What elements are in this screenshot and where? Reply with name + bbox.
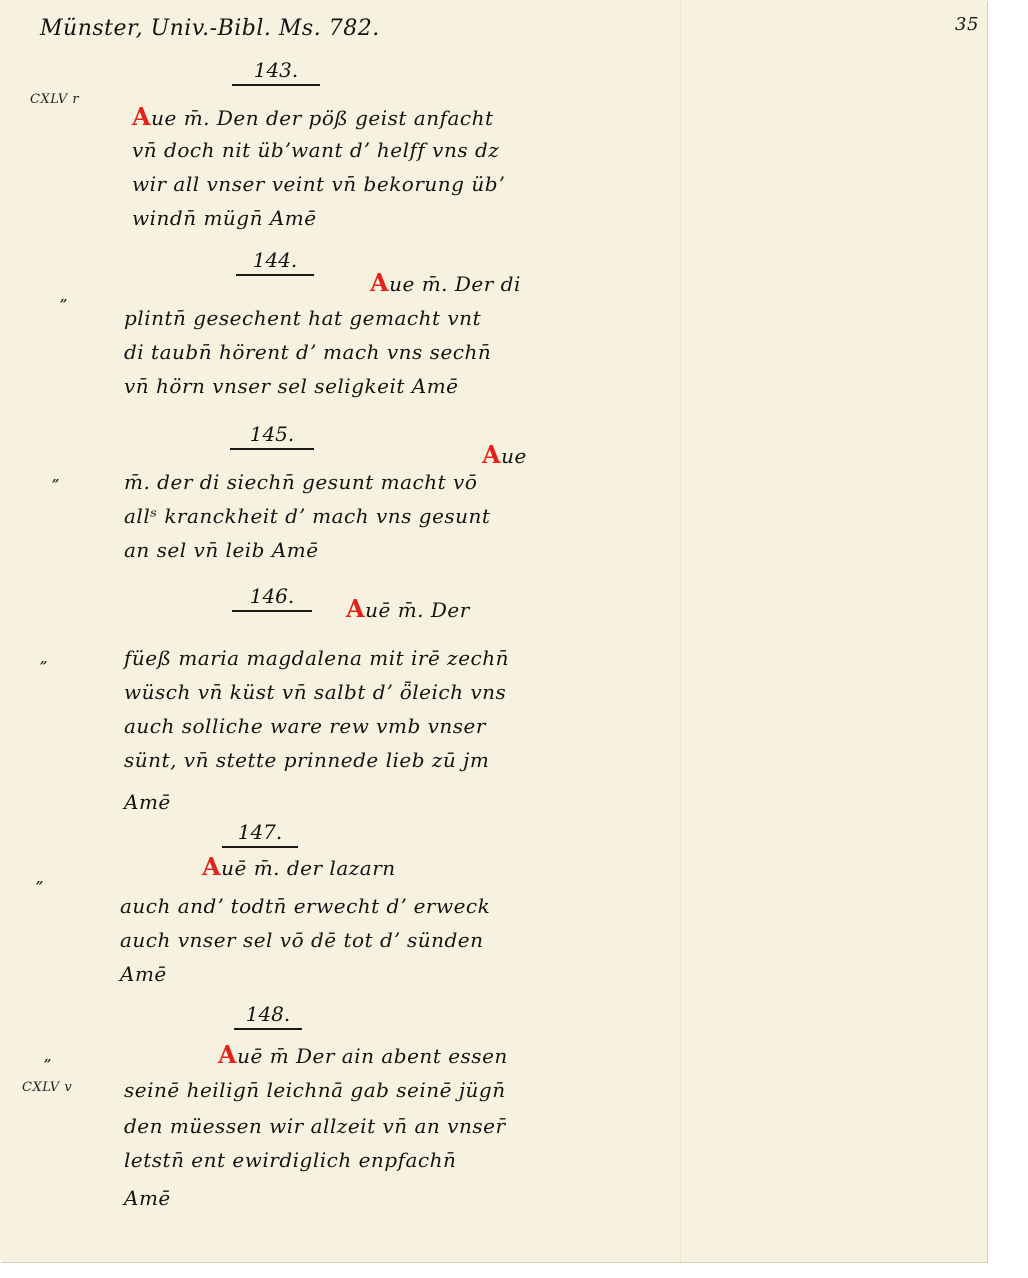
text-line: uē m̄. Der: [365, 598, 470, 622]
entry-number-148: 148.: [234, 1002, 302, 1030]
entry-147-line-3: auch vnser sel vō dē tot dʼ sünden: [120, 928, 484, 952]
entry-number-147: 147.: [222, 820, 298, 848]
entry-148-line-2: seinē heilign̄ leichnā gab seinē jügn…: [124, 1078, 506, 1102]
red-initial: A: [482, 440, 501, 469]
entry-number-label: 148.: [246, 1002, 291, 1026]
ditto-mark: „: [44, 1050, 52, 1065]
entry-number-146: 146.: [232, 584, 312, 612]
text-line: ue m̄. Der di: [389, 272, 521, 296]
red-initial: A: [132, 102, 151, 131]
paper-fold: [680, 0, 681, 1262]
entry-underline: [236, 274, 314, 276]
entry-143-line-3: wir all vnser veint vn̄ bekorung übʼ: [132, 172, 505, 196]
entry-144-line-2: plintn̄ gesechent hat gemacht vnt: [124, 306, 481, 330]
page-number: 35: [955, 14, 979, 35]
entry-underline: [232, 610, 312, 612]
entry-number-label: 144.: [253, 248, 298, 272]
entry-145-line-1: Aue: [482, 440, 527, 469]
red-initial: A: [370, 268, 389, 297]
entry-number-label: 143.: [254, 58, 299, 82]
entry-number-label: 147.: [238, 820, 283, 844]
entry-number-label: 146.: [250, 584, 295, 608]
entry-number-144: 144.: [236, 248, 314, 276]
entry-143-line-4: windn̄ mügn̄ Amē: [132, 206, 317, 230]
entry-144-line-4: vn̄ hörn vnser sel seligkeit Amē: [124, 374, 459, 398]
entry-underline: [234, 1028, 302, 1030]
entry-148-line-1: Auē m̄ Der ain abent essen: [218, 1040, 508, 1069]
entry-number-label: 145.: [250, 422, 295, 446]
page-header-shelfmark: Münster, Univ.-Bibl. Ms. 782.: [40, 16, 380, 41]
entry-underline: [232, 84, 320, 86]
entry-145-line-3: allˢ kranckheit dʼ mach vns gesunt: [124, 504, 490, 528]
entry-underline: [222, 846, 298, 848]
margin-note-folio-verso: CXLV v: [22, 1080, 72, 1095]
entry-146-line-2: füeß maria magdalena mit irē zechn̄: [124, 646, 509, 670]
entry-146-line-6: Amē: [124, 790, 171, 814]
ditto-mark: „: [40, 652, 48, 667]
entry-145-line-2: m̄. der di siechn̄ gesunt macht vō: [124, 470, 477, 494]
entry-underline: [230, 448, 314, 450]
entry-148-line-4: letstn̄ ent ewirdiglich enpfachn̄: [124, 1148, 456, 1172]
red-initial: A: [218, 1040, 237, 1069]
text-line: ue m̄. Den der pöß geist anfacht: [151, 106, 493, 130]
ditto-mark: „: [52, 470, 60, 485]
manuscript-page: Münster, Univ.-Bibl. Ms. 782. 35 CXLV r …: [0, 0, 987, 1262]
text-line: ue: [501, 444, 527, 468]
ditto-mark: „: [36, 872, 44, 887]
entry-143-line-2: vn̄ doch nit übʼwant dʼ helff vns dz: [132, 138, 499, 162]
text-line: uē m̄. der lazarn: [221, 856, 396, 880]
entry-147-line-4: Amē: [120, 962, 167, 986]
entry-148-line-5: Amē: [124, 1186, 171, 1210]
entry-144-line-3: di taubn̄ hörent dʼ mach vns sechn̄: [124, 340, 491, 364]
entry-147-line-1: Auē m̄. der lazarn: [202, 852, 396, 881]
red-initial: A: [346, 594, 365, 623]
text-line: uē m̄ Der ain abent essen: [237, 1044, 508, 1068]
entry-148-line-3: den müessen wir allzeit vn̄ an vnser̄: [124, 1114, 506, 1138]
entry-146-line-4: auch solliche ware rew vmb vnser: [124, 714, 486, 738]
entry-146-line-3: wüsch vn̄ küst vn̄ salbt dʼ ȫleich vns: [124, 680, 506, 704]
margin-note-folio-recto: CXLV r: [30, 92, 79, 107]
entry-146-line-5: sünt, vn̄ stette prinnede lieb zū jm: [124, 748, 489, 772]
entry-143-line-1: Aue m̄. Den der pöß geist anfacht: [132, 102, 494, 131]
entry-number-145: 145.: [230, 422, 314, 450]
entry-144-line-1: Aue m̄. Der di: [370, 268, 521, 297]
entry-146-line-1: Auē m̄. Der: [346, 594, 470, 623]
ditto-mark: „: [60, 290, 68, 305]
red-initial: A: [202, 852, 221, 881]
entry-145-line-4: an sel vn̄ leib Amē: [124, 538, 319, 562]
entry-number-143: 143.: [232, 58, 320, 86]
entry-147-line-2: auch andʼ todtn̄ erwecht dʼ erweck: [120, 894, 490, 918]
